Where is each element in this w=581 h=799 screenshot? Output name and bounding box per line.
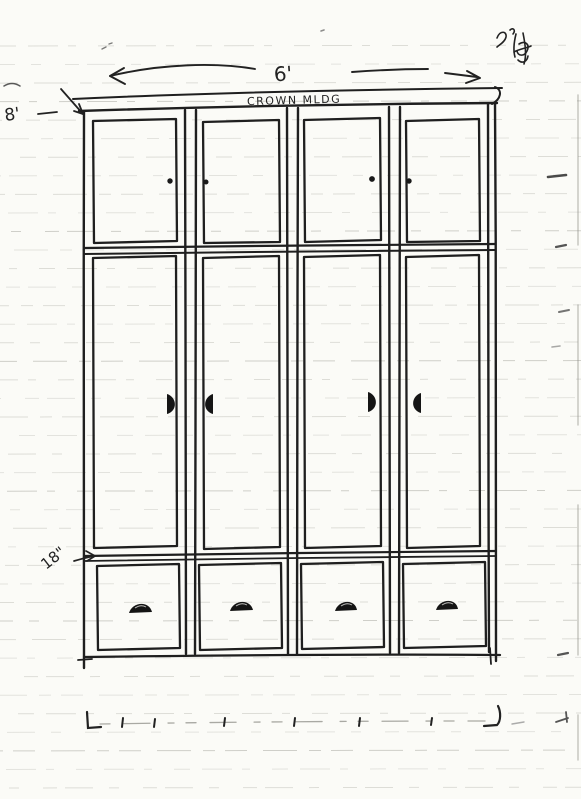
cup-pull-icon bbox=[129, 604, 152, 613]
half-moon-pull-icon bbox=[167, 394, 175, 414]
knob-icon bbox=[406, 178, 411, 183]
scan-artifacts bbox=[4, 30, 578, 760]
cabinet-sketch: 6' 8' 18" CROWN MLDG bbox=[0, 0, 581, 799]
cup-pull-icon bbox=[230, 602, 253, 611]
half-moon-pull-icon bbox=[413, 393, 421, 413]
bottom-dimension-line bbox=[87, 706, 500, 728]
knob-icon bbox=[167, 178, 172, 183]
cabinet-frame bbox=[78, 103, 500, 668]
scanned-sketch-page: 6' 8' 18" CROWN MLDG bbox=[0, 0, 581, 799]
half-moon-pull-icon bbox=[368, 392, 376, 412]
upper-door-1 bbox=[93, 119, 177, 243]
upper-door-4 bbox=[406, 119, 480, 242]
ruled-paper-lines bbox=[0, 45, 581, 788]
knob-icon bbox=[204, 180, 209, 185]
tall-door-1 bbox=[93, 256, 177, 548]
tall-door-2 bbox=[203, 256, 280, 549]
half-moon-pull-icon bbox=[205, 394, 213, 414]
knob-icon bbox=[369, 176, 375, 182]
drawer-height-label: 18" bbox=[37, 543, 69, 573]
corner-scribble bbox=[497, 29, 531, 64]
drawer-row bbox=[97, 562, 486, 650]
cup-pull-icon bbox=[335, 602, 357, 611]
top-width-dimension bbox=[110, 65, 480, 84]
top-width-label: 6' bbox=[273, 61, 293, 86]
left-height-label: 8' bbox=[3, 104, 21, 126]
